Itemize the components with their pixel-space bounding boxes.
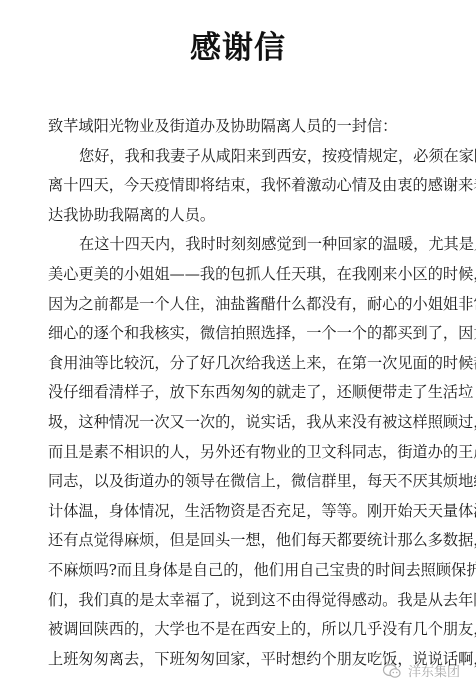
body-line: 您好，我和我妻子从咸阳来到西安，按疫情规定，必须在家隔 — [48, 142, 440, 172]
body-line: 还有点觉得麻烦，但是回头一想，他们每天都要统计那么多数据， — [48, 526, 440, 556]
body-line: 计体温，身体情况，生活物资是否充足，等等。刚开始天天量体温 — [48, 497, 440, 527]
letter-title: 感谢信 — [0, 22, 476, 67]
body-line: 没仔细看清样子，放下东西匆匆的就走了，还顺便带走了生活垃 — [48, 378, 440, 408]
body-line: 美心更美的小姐姐——我的包抓人任天琪，在我刚来小区的时候， — [48, 260, 440, 290]
salutation: 致芊域阳光物业及街道办及协助隔离人员的一封信： — [48, 112, 440, 142]
body-line: 而且是素不相识的人，另外还有物业的卫文科同志，街道办的王晨 — [48, 438, 440, 468]
body-line: 不麻烦吗?而且身体是自己的，他们用自己宝贵的时间去照顾保护我 — [48, 556, 440, 586]
body-line: 因为之前都是一个人住，油盐酱醋什么都没有，耐心的小姐姐非常 — [48, 290, 440, 320]
watermark-text: 洋东集团 — [408, 661, 460, 680]
watermark: 洋东集团 — [382, 661, 460, 680]
wechat-icon — [382, 663, 402, 679]
body-line: 被调回陕西的，大学也不是在西安上的，所以几乎没有几个朋友， — [48, 615, 440, 645]
body-line: 离十四天，今天疫情即将结束，我怀着激动心情及由衷的感谢来表 — [48, 171, 440, 201]
body-line: 食用油等比较沉，分了好几次给我送上来，在第一次见面的时候都 — [48, 349, 440, 379]
letter-page: 感谢信 致芊域阳光物业及街道办及协助隔离人员的一封信： 您好，我和我妻子从咸阳来… — [0, 0, 476, 692]
body-line: 细心的逐个和我核实，微信拍照选择，一个一个的都买到了，因为 — [48, 319, 440, 349]
body-line: 们，我们真的是太幸福了，说到这不由得觉得感动。我是从去年刚 — [48, 586, 440, 616]
letter-body: 致芊域阳光物业及街道办及协助隔离人员的一封信： 您好，我和我妻子从咸阳来到西安，… — [48, 112, 440, 674]
body-line: 同志，以及街道办的领导在微信上，微信群里，每天不厌其烦地统 — [48, 467, 440, 497]
body-line: 达我协助我隔离的人员。 — [48, 201, 440, 231]
body-line: 在这十四天内，我时时刻刻感觉到一种回家的温暖，尤其是人 — [48, 230, 440, 260]
body-line: 圾，这种情况一次又一次的，说实话，我从来没有被这样照顾过， — [48, 408, 440, 438]
